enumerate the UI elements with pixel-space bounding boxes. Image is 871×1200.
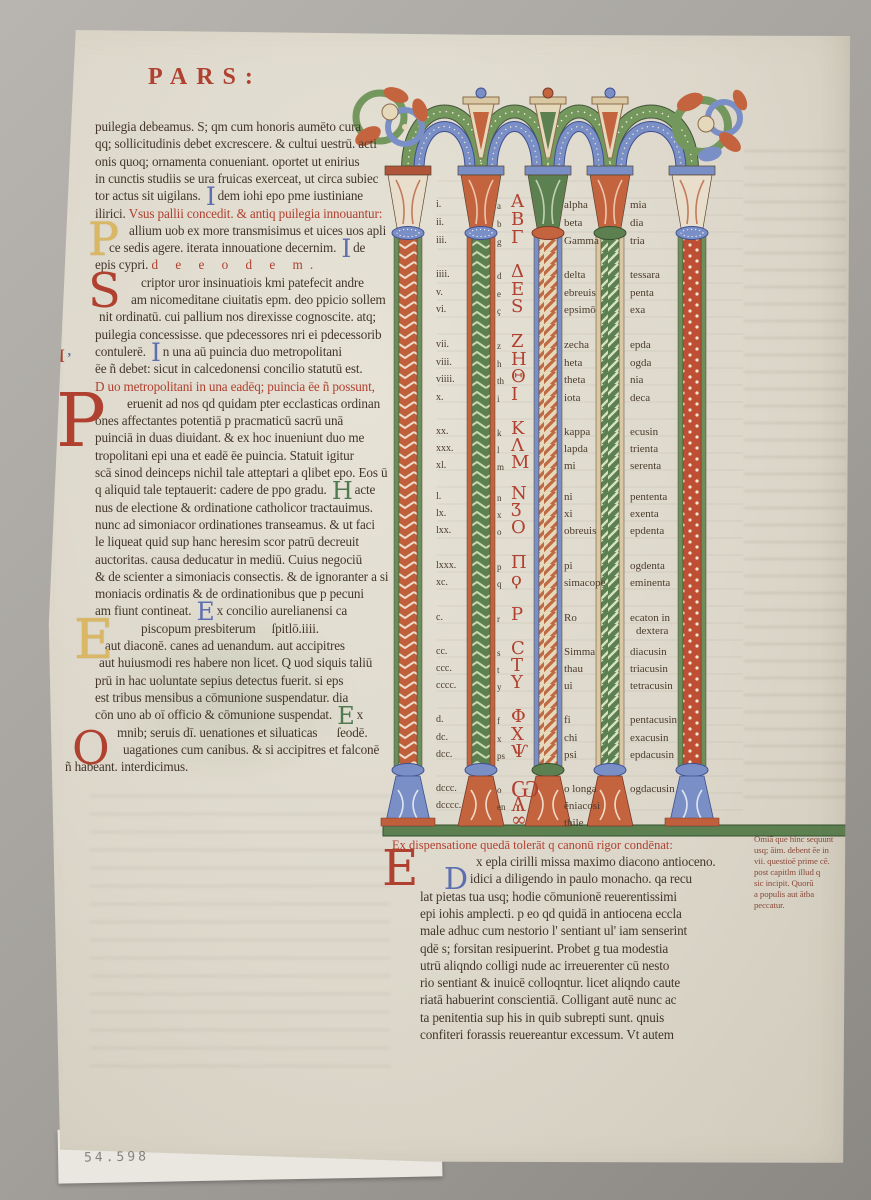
text-line: vii. questioē prime cē. xyxy=(754,856,830,866)
table-cell: exenta xyxy=(630,508,659,520)
table-cell: dextera xyxy=(636,625,668,637)
table-cell: ps xyxy=(497,751,505,761)
table-cell: thau xyxy=(564,663,583,675)
text-run: vii. questioē prime cē. xyxy=(754,856,830,866)
table-cell: I xyxy=(511,386,518,404)
table-cell: ϙ xyxy=(511,571,522,589)
table-cell: dcccc. xyxy=(436,800,461,811)
table-cell: l. xyxy=(436,491,441,502)
table-cell: l xyxy=(497,445,500,455)
table-cell: h xyxy=(497,359,502,369)
table-cell: exa xyxy=(630,304,645,316)
table-cell: ẽniacosi xyxy=(564,800,600,812)
table-cell: deca xyxy=(630,392,650,404)
table-cell: eminenta xyxy=(630,577,670,589)
text-line: Didici a diligendo in paulo monacho. qa … xyxy=(442,871,692,887)
table-cell: Y xyxy=(511,674,523,692)
table-cell: lxxx. xyxy=(436,560,456,571)
text-line: confiteri forassis reuereantur excessum.… xyxy=(420,1027,674,1043)
table-cell: viiii. xyxy=(436,374,455,385)
text-run: riatā habuerint conscientiā. Colligant a… xyxy=(420,992,676,1007)
table-cell: d xyxy=(497,271,502,281)
text-run: rio sentiant & inuicē colloqntur. licet … xyxy=(420,975,680,990)
table-cell: ni xyxy=(564,491,573,503)
table-cell: lxx. xyxy=(436,525,451,536)
text-line: epi iohis amplecti. p eo qd quidā in ant… xyxy=(420,906,682,922)
table-cell: ui xyxy=(564,680,573,692)
table-cell: viii. xyxy=(436,357,452,368)
table-cell: Ѱ xyxy=(511,743,528,761)
table-cell: o xyxy=(497,527,502,537)
text-run: usq; āim. debent ēe in xyxy=(754,845,829,855)
table-cell: xl. xyxy=(436,460,446,471)
table-cell: ogdacusin xyxy=(630,783,675,795)
text-line: male adhuc cum nestorio l' sentiant ul' … xyxy=(420,923,687,939)
table-cell: alpha xyxy=(564,199,588,211)
manuscript-leaf: PARS: ÐCI’ puilegia debeamus. S; qm cum … xyxy=(0,0,871,1200)
table-cell: i xyxy=(497,394,500,404)
rubric-line: Ex dispensatione quedā tolerāt q canonū … xyxy=(392,838,673,853)
table-cell: dcc. xyxy=(436,749,452,760)
table-cell: ecaton in xyxy=(630,612,670,624)
table-cell: psi xyxy=(564,749,577,761)
table-cell: f xyxy=(497,716,500,726)
table-cell: c. xyxy=(436,612,443,623)
table-cell: x. xyxy=(436,392,444,403)
table-cell: iota xyxy=(564,392,581,404)
table-cell: simacope xyxy=(564,577,606,589)
text-run: Omiā que hinc sequunt xyxy=(754,834,833,844)
table-cell: chi xyxy=(564,732,577,744)
table-cell: v. xyxy=(436,287,443,298)
text-line: post capitlm illud q xyxy=(754,867,820,877)
table-cell: d. xyxy=(436,714,444,725)
table-cell: k xyxy=(497,428,502,438)
table-cell: xi xyxy=(564,508,573,520)
bottom-text-column: x epla cirilli missa maximo diacono anti… xyxy=(420,854,754,1064)
table-cell: Gamma xyxy=(564,235,599,247)
text-run: utrū aliqndo colligi nude ac irreuerente… xyxy=(420,958,669,973)
table-cell: mia xyxy=(630,199,647,211)
table-cell: tetracusin xyxy=(630,680,673,692)
table-cell: fi xyxy=(564,714,571,726)
table-cell: heta xyxy=(564,357,582,369)
table-cell: iiii. xyxy=(436,269,450,280)
table-cell: mi xyxy=(564,460,576,472)
text-run: x epla cirilli missa maximo diacono anti… xyxy=(476,854,716,869)
table-cell: nia xyxy=(630,374,643,386)
table-cell: Simma xyxy=(564,646,595,658)
text-line: Omiā que hinc sequunt xyxy=(754,834,833,844)
table-cell: diacusin xyxy=(630,646,667,658)
table-cell: pententa xyxy=(630,491,667,503)
text-run: idici a diligendo in paulo monacho. qa r… xyxy=(470,871,692,886)
text-line: qdē s; forsitan resipuerint. Probet g tu… xyxy=(420,941,668,957)
table-cell: dc. xyxy=(436,732,448,743)
table-cell: p xyxy=(497,562,502,572)
table-cell: epsimō xyxy=(564,304,596,316)
table-cell: delta xyxy=(564,269,585,281)
table-cell: b xyxy=(497,219,502,229)
table-cell: theta xyxy=(564,374,585,386)
photo-stage: PARS: ÐCI’ puilegia debeamus. S; qm cum … xyxy=(0,0,871,1200)
table-cell: th xyxy=(497,376,504,386)
table-cell: xx. xyxy=(436,426,449,437)
accession-number: 54.598 xyxy=(84,1149,149,1165)
table-cell: thile . xyxy=(564,817,589,829)
table-cell: ∞ xyxy=(511,811,527,830)
text-run: peccatur. xyxy=(754,900,785,910)
table-cell: n xyxy=(497,493,502,503)
table-cell: q xyxy=(497,579,502,589)
table-cell: o xyxy=(497,785,502,795)
table-cell: e xyxy=(497,289,501,299)
table-cell: kappa xyxy=(564,426,590,438)
text-run: qdē s; forsitan resipuerint. Probet g tu… xyxy=(420,941,668,956)
table-cell: o longa xyxy=(564,783,597,795)
text-run: a populis aut ātba xyxy=(754,889,814,899)
table-cell: M xyxy=(511,454,529,472)
text-line: usq; āim. debent ēe in xyxy=(754,845,829,855)
table-cell: epda xyxy=(630,339,651,351)
table-cell: S xyxy=(511,298,523,316)
table-cell: tria xyxy=(630,235,645,247)
table-cell: pentacusin xyxy=(630,714,677,726)
table-cell: ecusin xyxy=(630,426,658,438)
table-cell: r xyxy=(497,614,500,624)
table-cell: pi xyxy=(564,560,573,572)
text-run: sic incipit. Quorū xyxy=(754,878,814,888)
table-cell: lx. xyxy=(436,508,446,519)
table-cell: obreuis xyxy=(564,525,596,537)
text-line: x epla cirilli missa maximo diacono anti… xyxy=(476,854,716,870)
text-line: ta penitentia sup his in quib subrepti s… xyxy=(420,1010,664,1026)
table-cell: ç xyxy=(497,306,501,316)
table-cell: ccc. xyxy=(436,663,452,674)
text-line: peccatur. xyxy=(754,900,785,910)
table-cell: cccc. xyxy=(436,680,456,691)
text-line: sic incipit. Quorū xyxy=(754,878,814,888)
table-cell: trienta xyxy=(630,443,658,455)
text-run: male adhuc cum nestorio l' sentiant ul' … xyxy=(420,923,687,938)
table-cell: O xyxy=(511,519,526,537)
table-cell: x xyxy=(497,734,502,744)
table-cell: z xyxy=(497,341,501,351)
table-cell: vii. xyxy=(436,339,449,350)
text-run: confiteri forassis reuereantur excessum.… xyxy=(420,1027,674,1042)
table-cell: vi. xyxy=(436,304,446,315)
table-cell: beta xyxy=(564,217,582,229)
table-cell: lapda xyxy=(564,443,588,455)
text-run: lat pietas tua usq; hodie cōmunionē reue… xyxy=(420,889,677,904)
table-cell: y xyxy=(497,682,502,692)
table-cell: dia xyxy=(630,217,643,229)
table-cell: triacusin xyxy=(630,663,668,675)
table-cell: dccc. xyxy=(436,783,457,794)
table-cell: Ro xyxy=(564,612,577,624)
table-cell: g xyxy=(497,237,502,247)
table-cell: a xyxy=(497,201,501,211)
table-cell: zecha xyxy=(564,339,589,351)
table-cell: P xyxy=(511,606,523,624)
table-cell: xxx. xyxy=(436,443,454,454)
text-run: post capitlm illud q xyxy=(754,867,820,877)
text-line: riatā habuerint conscientiā. Colligant a… xyxy=(420,992,676,1008)
table-cell: ii. xyxy=(436,217,444,228)
table-cell: epdenta xyxy=(630,525,664,537)
table-cell: xc. xyxy=(436,577,448,588)
table-cell: m xyxy=(497,462,504,472)
table-cell: en xyxy=(497,802,506,812)
table-cell: exacusin xyxy=(630,732,668,744)
table-cell: Γ xyxy=(511,229,524,247)
table-cell: x xyxy=(497,510,502,520)
table-cell: i. xyxy=(436,199,441,210)
table-cell: iii. xyxy=(436,235,447,246)
text-run: ta penitentia sup his in quib subrepti s… xyxy=(420,1010,664,1025)
text-run: epi iohis amplecti. p eo qd quidā in ant… xyxy=(420,906,682,921)
table-cell: cc. xyxy=(436,646,447,657)
table-cell: tessara xyxy=(630,269,660,281)
table-cell: ogda xyxy=(630,357,651,369)
text-line: lat pietas tua usq; hodie cōmunionē reue… xyxy=(420,889,677,905)
table-cell: epdacusin xyxy=(630,749,674,761)
text-line: utrū aliqndo colligi nude ac irreuerente… xyxy=(420,958,669,974)
table-cell: ogdenta xyxy=(630,560,665,572)
text-line: rio sentiant & inuicē colloqntur. licet … xyxy=(420,975,680,991)
text-line: a populis aut ātba xyxy=(754,889,814,899)
table-cell: ebreuis xyxy=(564,287,596,299)
table-cell: s xyxy=(497,648,501,658)
table-cell: t xyxy=(497,665,500,675)
table-cell: serenta xyxy=(630,460,661,472)
table-cell: penta xyxy=(630,287,654,299)
